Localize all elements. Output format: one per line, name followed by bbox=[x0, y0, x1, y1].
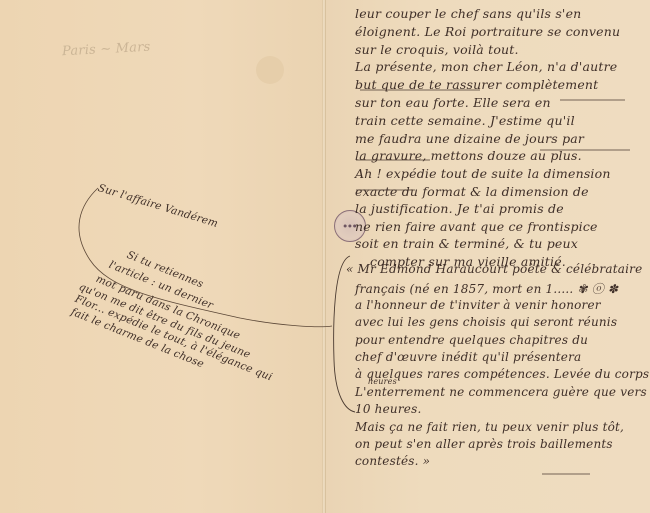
letter-line: leur couper le chef sans qu'ils s'en bbox=[355, 6, 581, 21]
letter-line: exacte du format & la dimension de bbox=[355, 184, 589, 199]
letter-line: ne rien faire avant que ce frontispice bbox=[355, 219, 598, 234]
letter-line: La présente, mon cher Léon, n'a d'autre bbox=[355, 59, 617, 74]
letter-line: sur le croquis, voilà tout. bbox=[355, 42, 519, 57]
quoted-line: Mais ça ne fait rien, tu peux venir plus… bbox=[355, 420, 624, 434]
quoted-line: 10 heures. bbox=[355, 402, 421, 416]
letter-line: la gravure, mettons douze au plus. bbox=[355, 148, 582, 163]
quoted-line: chef d'œuvre inédit qu'il présentera bbox=[355, 350, 581, 364]
letter-line: me faudra une dizaine de jours par bbox=[355, 131, 584, 146]
letter-line: Ah ! expédie tout de suite la dimension bbox=[355, 166, 611, 181]
letter-line: éloignent. Le Roi portraiture se convenu bbox=[355, 24, 620, 39]
letter-line: but que de te rassurer complètement bbox=[355, 77, 598, 92]
quoted-line: pour entendre quelques chapitres du bbox=[355, 333, 588, 347]
letter-line: sur ton eau forte. Elle sera en bbox=[355, 95, 551, 110]
quoted-line: à quelques rares compétences. Levée du c… bbox=[355, 367, 650, 381]
letter-sheet: Paris ~ Mars Sur l'affaire Vandérem Si t… bbox=[0, 0, 650, 513]
quoted-line: avec lui les gens choisis qui seront réu… bbox=[355, 315, 617, 329]
quoted-line: a l'honneur de t'inviter à venir honorer bbox=[355, 298, 601, 312]
quoted-line: on peut s'en aller après trois baillemen… bbox=[355, 437, 613, 451]
quoted-line: L'enterrement ne commencera guère que ve… bbox=[355, 385, 647, 399]
letter-line: soit en train & terminé, & tu peux bbox=[355, 236, 578, 251]
quoted-line: contestés. » bbox=[355, 454, 430, 468]
quoted-line: « Mr Edmond Haraucourt poète & célébrata… bbox=[346, 262, 642, 276]
letter-line: la justification. Je t'ai promis de bbox=[355, 201, 564, 216]
letter-line: train cette semaine. J'estime qu'il bbox=[355, 113, 575, 128]
quoted-line: français (né en 1857, mort en 1..... ✾ ⓞ… bbox=[355, 280, 618, 297]
